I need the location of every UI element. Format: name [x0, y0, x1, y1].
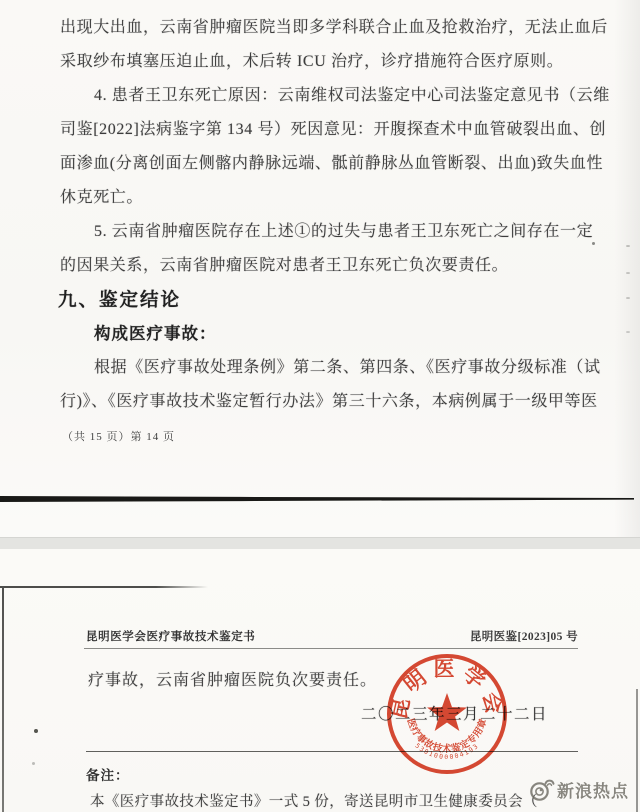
page-number-footer: （共 15 页）第 14 页 — [62, 428, 175, 444]
scan-speck — [626, 331, 630, 333]
text-line: 行)》、《医疗事故技术鉴定暂行办法》第三十六条，本病例属于一级甲等医 — [60, 388, 598, 411]
scan-speck — [626, 245, 630, 247]
text-line: 休克死亡。 — [60, 184, 143, 207]
issue-date: 二〇二三年三月二十二日 — [361, 702, 548, 724]
scanned-document-screenshot: 出现大出血，云南省肿瘤医院当即多学科联合止血及抢救治疗，无法止血后采取纱布填塞压… — [0, 0, 640, 812]
sina-watermark: 新浪热点 — [528, 777, 629, 802]
scan-speck — [32, 762, 35, 765]
text-line: 面渗血(分离创面左侧髂内静脉远端、骶前静脉丛血管断裂、出血)致失血性 — [60, 150, 603, 173]
scan-speck — [626, 297, 630, 299]
conclusion-line: 疗事故，云南省肿瘤医院负次要责任。 — [88, 667, 377, 690]
scan-right-edge-line — [636, 689, 638, 812]
text-line: 九、鉴定结论 — [58, 286, 181, 312]
scan-left-edge-line — [2, 586, 4, 812]
text-line: 采取纱布填塞压迫止血，术后转 ICU 治疗，诊疗措施符合医疗原则。 — [60, 48, 563, 71]
scan-speck — [34, 729, 38, 733]
text-line: 4. 患者王卫东死亡原因：云南维权司法鉴定中心司法鉴定意见书（云维 — [94, 82, 610, 105]
text-line: 司鉴[2022]法病鉴字第 134 号）死因意见：开腹探查术中血管破裂出血、创 — [60, 116, 606, 139]
notes-label: 备注： — [86, 764, 130, 784]
scan-edge-shadow — [614, 0, 640, 537]
watermark-text: 新浪热点 — [557, 777, 629, 802]
scan-bottom-edge-line — [0, 496, 634, 502]
text-line: 的因果关系，云南省肿瘤医院对患者王卫东死亡负次要责任。 — [60, 252, 508, 275]
document-header-title: 昆明医学会医疗事故技术鉴定书 — [86, 628, 255, 644]
notes-text: 本《医疗事故技术鉴定书》一式 5 份，寄送昆明市卫生健康委员会（ — [90, 790, 538, 811]
document-number: 昆明医鉴[2023]05 号 — [470, 628, 578, 644]
document-cover-page: 昆明医学会医疗事故技术鉴定书 昆明医鉴[2023]05 号 疗事故，云南省肿瘤医… — [0, 549, 640, 812]
scan-top-edge-line — [0, 586, 208, 588]
scan-speck — [626, 272, 630, 274]
text-line: 出现大出血，云南省肿瘤医院当即多学科联合止血及抢救治疗，无法止血后 — [60, 14, 608, 37]
weibo-eye-icon — [528, 777, 555, 802]
text-line: 5. 云南省肿瘤医院存在上述①的过失与患者王卫东死亡之间存在一定 — [94, 218, 593, 241]
text-line: 构成医疗事故： — [94, 320, 217, 344]
document-page-14: 出现大出血，云南省肿瘤医院当即多学科联合止血及抢救治疗，无法止血后采取纱布填塞压… — [0, 0, 640, 537]
scan-speck — [592, 242, 595, 245]
text-line: 根据《医疗事故处理条例》第二条、第四条、《医疗事故分级标准（试 — [94, 354, 601, 377]
